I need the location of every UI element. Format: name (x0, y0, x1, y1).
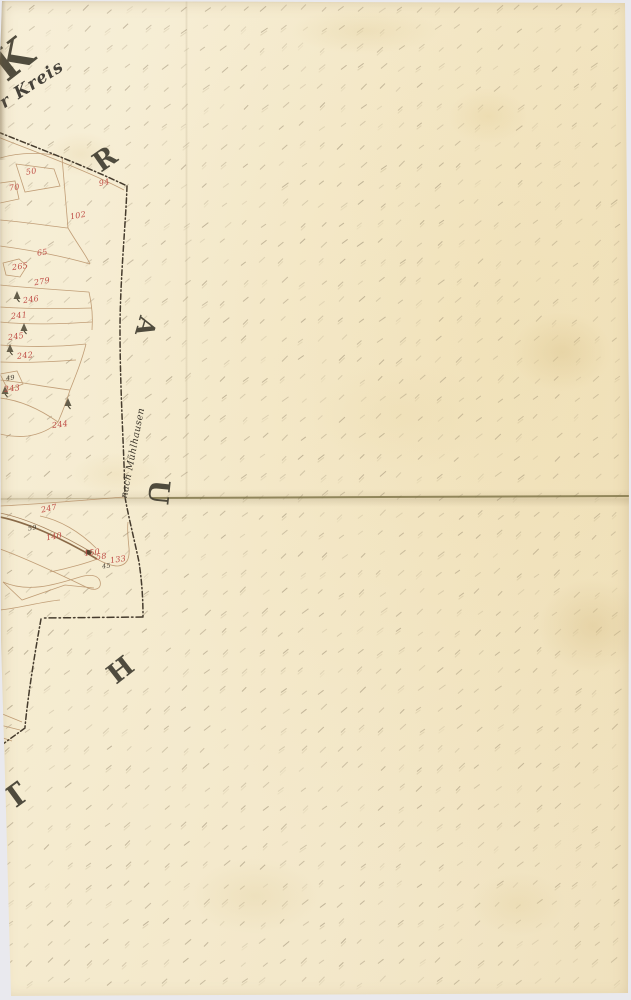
parcel-number: 58 (96, 552, 108, 561)
boundary-line (3, 728, 25, 744)
fold-line (152, 496, 630, 498)
parcel-number: 49 (6, 375, 16, 382)
boundary-line (42, 617, 143, 618)
conifer-tree-icon (14, 291, 21, 302)
parcel-number: 59 (28, 524, 38, 532)
boundary-line (25, 619, 41, 727)
boundary-line (120, 186, 127, 496)
parcel-number: 45 (102, 563, 112, 570)
map-paper: r Kreis nach Mühlhausen KRAUHT 507094102… (0, 0, 631, 1000)
parcel-number: 242 (17, 351, 34, 361)
boundary-line (125, 497, 143, 616)
parcel-number: 65 (36, 248, 48, 257)
parcel-number: 243 (4, 384, 21, 394)
tick-mark (5, 979, 10, 984)
map-sheet-scene: r Kreis nach Mühlhausen KRAUHT 507094102… (0, 0, 631, 1000)
parcel-lines-group (0, 137, 129, 741)
boundary-letter-U: U (143, 478, 173, 505)
parcel-number: 241 (11, 311, 28, 321)
parcel-number: 70 (8, 183, 20, 192)
